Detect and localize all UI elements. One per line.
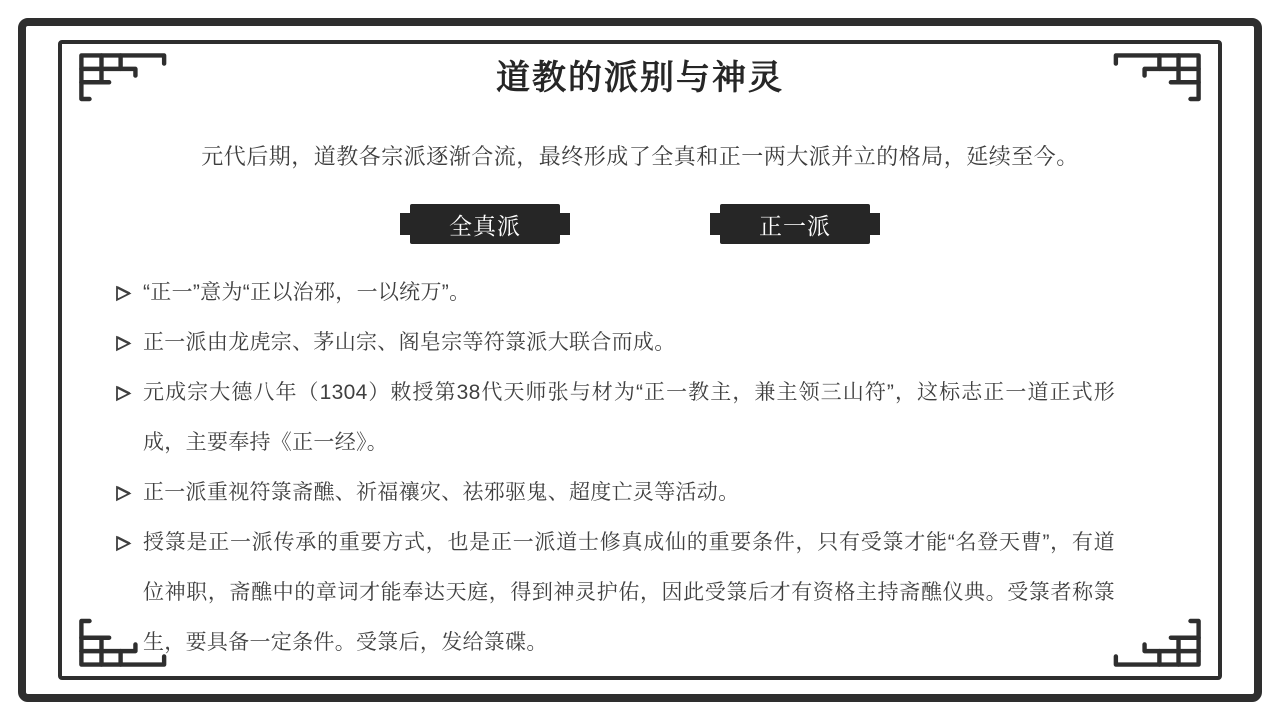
bullet-list: “正一”意为“正以治邪，一以统万”。 正一派由龙虎宗、茅山宗、阁皂宗等符箓派大联… (115, 268, 1115, 668)
arrow-bullet-icon (115, 468, 132, 518)
intro-text: 元代后期，道教各宗派逐渐合流，最终形成了全真和正一两大派并立的格局，延续至今。 (62, 140, 1218, 171)
arrow-bullet-icon (115, 518, 132, 568)
bullet-text: 正一派由龙虎宗、茅山宗、阁皂宗等符箓派大联合而成。 (143, 318, 1115, 368)
arrow-bullet-icon (115, 368, 132, 418)
bullet-text: 授箓是正一派传承的重要方式，也是正一派道士修真成仙的重要条件，只有受箓才能“名登… (143, 518, 1115, 668)
arrow-bullet-icon (115, 268, 132, 318)
tab-quanzhen-label: 全真派 (410, 204, 560, 244)
bullet-text: “正一”意为“正以治邪，一以统万”。 (143, 268, 1115, 318)
list-item: 正一派由龙虎宗、茅山宗、阁皂宗等符箓派大联合而成。 (115, 318, 1115, 368)
sect-tabs: 全真派 正一派 (62, 204, 1218, 244)
bullet-text: 元成宗大德八年（1304）敕授第38代天师张与材为“正一教主，兼主领三山符”，这… (143, 368, 1115, 468)
list-item: “正一”意为“正以治邪，一以统万”。 (115, 268, 1115, 318)
list-item: 元成宗大德八年（1304）敕授第38代天师张与材为“正一教主，兼主领三山符”，这… (115, 368, 1115, 468)
tab-quanzhen[interactable]: 全真派 (410, 204, 560, 244)
bullet-text: 正一派重视符箓斋醮、祈福禳灾、祛邪驱鬼、超度亡灵等活动。 (143, 468, 1115, 518)
page-title: 道教的派别与神灵 (62, 50, 1218, 99)
inner-border-frame: 道教的派别与神灵 元代后期，道教各宗派逐渐合流，最终形成了全真和正一两大派并立的… (58, 40, 1222, 680)
list-item: 授箓是正一派传承的重要方式，也是正一派道士修真成仙的重要条件，只有受箓才能“名登… (115, 518, 1115, 668)
presentation-slide: 道教的派别与神灵 元代后期，道教各宗派逐渐合流，最终形成了全真和正一两大派并立的… (0, 0, 1280, 720)
tab-zhengyi[interactable]: 正一派 (720, 204, 870, 244)
tab-zhengyi-label: 正一派 (720, 204, 870, 244)
arrow-bullet-icon (115, 318, 132, 368)
list-item: 正一派重视符箓斋醮、祈福禳灾、祛邪驱鬼、超度亡灵等活动。 (115, 468, 1115, 518)
corner-ornament-bottom-right-icon (1113, 618, 1201, 668)
